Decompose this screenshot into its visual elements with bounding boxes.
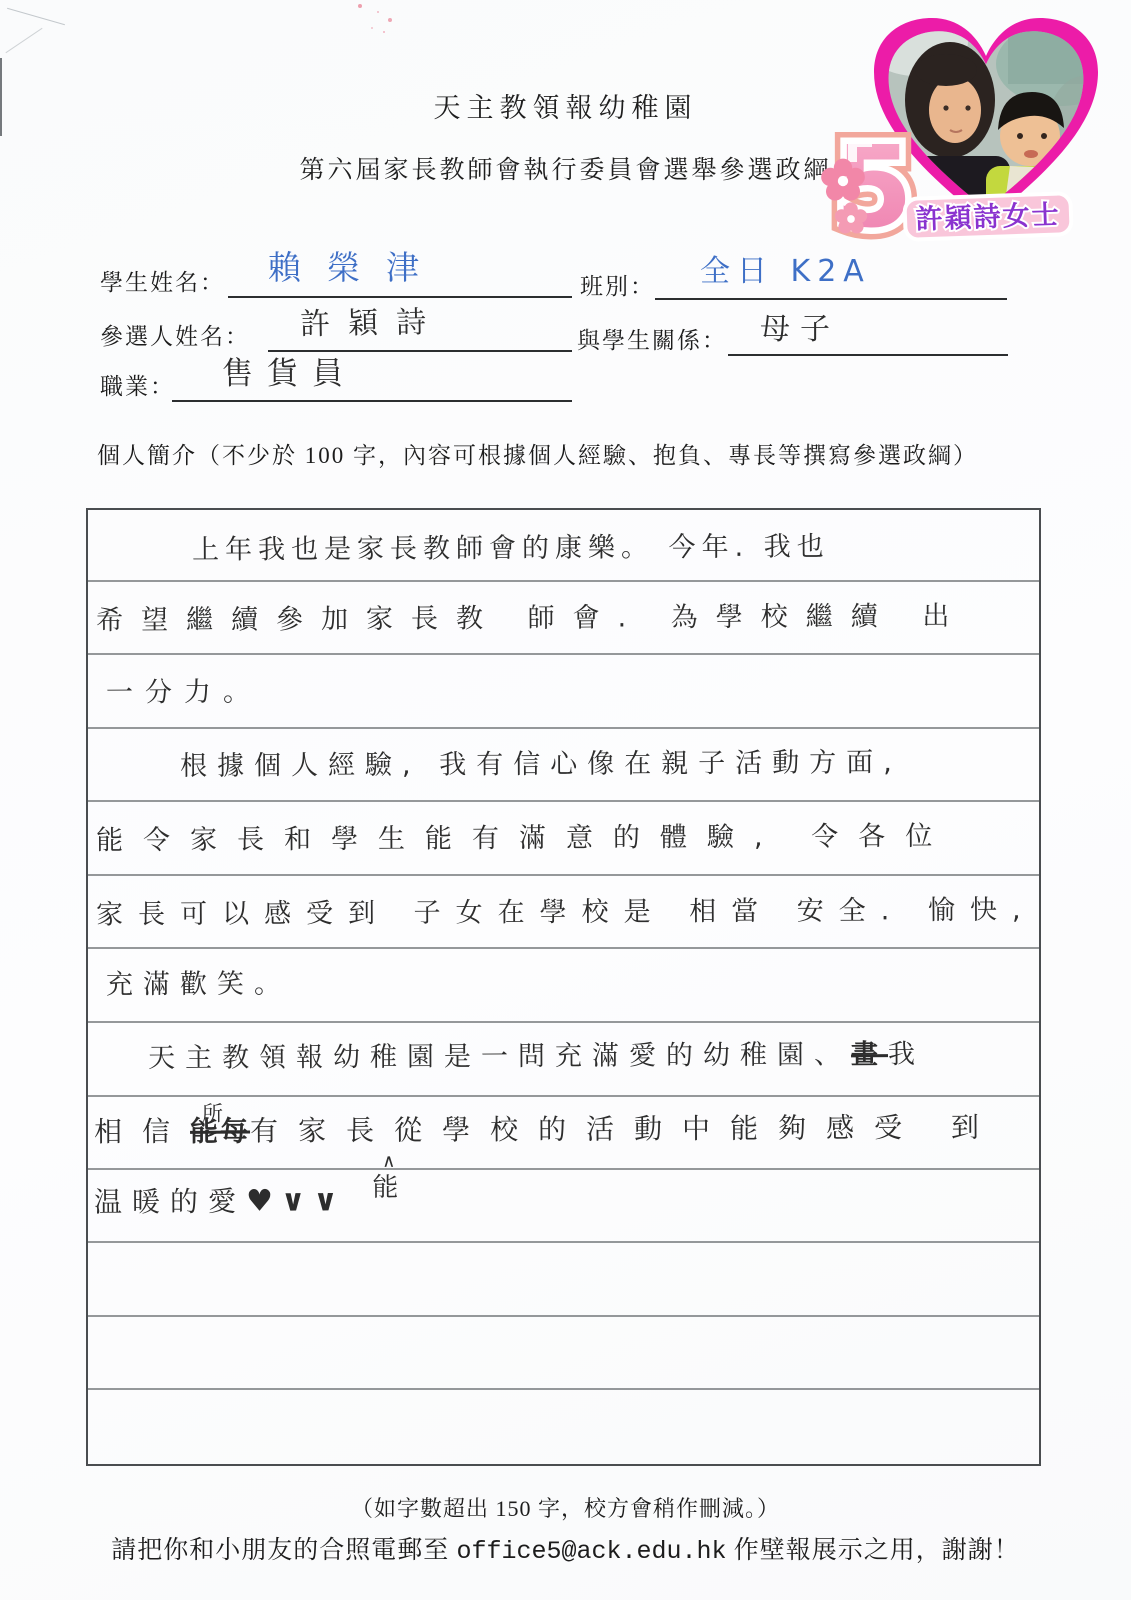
line8-text: 我 xyxy=(888,1039,925,1070)
occupation-value: 售貨員 xyxy=(222,348,357,393)
flower-icon xyxy=(834,202,868,236)
line9-text: 有家長 xyxy=(250,1114,394,1148)
handwriting-line-9: 相信能每有家長從學校的活動中能夠感受 到所∧能 xyxy=(94,1106,999,1151)
scanned-form-page: 天主教領報幼稚園 第六屆家長教師會執行委員會選舉參選政綱 xyxy=(0,0,1131,1600)
page-fold-artifact xyxy=(7,8,65,25)
relationship-value: 母子 xyxy=(760,304,840,348)
line8-text: 天主教領報幼稚園是一問充滿愛的幼稚園、 xyxy=(148,1039,851,1074)
ruled-line xyxy=(88,800,1039,802)
handwriting-line-2: 希望繼續參加家長教 師會. 為學校繼續 出 xyxy=(96,594,968,638)
word-limit-note: （如字數超出 150 字，校方會稍作刪減。） xyxy=(0,1492,1131,1523)
line9-inserted-char-above: 所 xyxy=(202,1098,223,1128)
writing-box: 上年我也是家長教師會的康樂。 今年. 我也 希望繼續參加家長教 師會. 為學校繼… xyxy=(86,508,1041,1466)
handwriting-line-3: 一分力。 xyxy=(106,670,262,710)
flower-icon xyxy=(820,158,866,204)
heart-check-marks: ♥∨∨ xyxy=(246,1183,346,1219)
ruled-line xyxy=(88,1241,1039,1243)
ruled-line xyxy=(88,1095,1039,1097)
intro-prompt: 個人簡介（不少於 100 字，內容可根據個人經驗、抱負、專長等撰寫參選政綱） xyxy=(97,437,978,470)
occupation-label: 職業： xyxy=(100,368,175,401)
occupation-underline xyxy=(172,400,572,402)
line10-text: 温暖的愛 xyxy=(94,1185,246,1219)
ruled-line xyxy=(88,1168,1039,1170)
svg-text:許穎詩女士: 許穎詩女士 xyxy=(915,199,1061,235)
red-speckle-artifact xyxy=(358,4,362,8)
class-underline xyxy=(655,298,1007,300)
ruled-line xyxy=(88,1315,1039,1317)
line9-text: 相信 xyxy=(94,1115,190,1149)
handwriting-line-10: 温暖的愛♥∨∨ xyxy=(94,1179,346,1220)
student-name-value: 賴榮津 xyxy=(268,242,445,289)
relationship-label: 與學生關係： xyxy=(577,322,727,355)
handwriting-line-6: 家長可以感受到 子女在學校是 相當 安全. 愉快, xyxy=(96,888,1036,932)
ruled-line xyxy=(88,653,1039,655)
ruled-line xyxy=(88,1021,1039,1023)
ruled-line xyxy=(88,580,1039,582)
contact-instruction: 請把你和小朋友的合照電郵至 office5@ack.edu.hk 作壁報展示之用… xyxy=(0,1530,1131,1566)
student-name-label: 學生姓名： xyxy=(100,264,225,297)
child-hand xyxy=(1080,130,1108,178)
contact-text: 作壁報展示之用，謝謝！ xyxy=(727,1537,1020,1564)
ruled-line xyxy=(88,874,1039,876)
class-value: 全日 K2A xyxy=(700,246,871,290)
candidate-photo-badge: 5 5 許穎詩女士 xyxy=(806,0,1131,250)
handwriting-line-1: 上年我也是家長教師會的康樂。 今年. 我也 xyxy=(192,524,830,566)
email-address: office5@ack.edu.hk xyxy=(456,1537,726,1566)
line9-text: 從學校的活動中能夠感受 到 xyxy=(394,1111,999,1147)
handwriting-line-7: 充滿歡笑。 xyxy=(106,962,291,1002)
handwriting-line-5: 能令家長和學生能有滿意的體驗, 令各位 xyxy=(96,814,952,857)
candidate-name-label: 參選人姓名： xyxy=(100,318,250,351)
class-label: 班別： xyxy=(580,268,655,301)
relationship-underline xyxy=(728,354,1008,356)
ruled-line xyxy=(88,1388,1039,1390)
mother-face xyxy=(929,77,981,143)
handwriting-line-8: 天主教領報幼稚園是一問充滿愛的幼稚園、畫我 xyxy=(148,1032,925,1075)
contact-text: 請把你和小朋友的合照電郵至 xyxy=(111,1537,456,1564)
ruled-line xyxy=(88,727,1039,729)
candidate-name-banner: 許穎詩女士 xyxy=(901,189,1075,243)
ruled-line xyxy=(88,947,1039,949)
page-fold-artifact xyxy=(5,28,42,53)
handwriting-line-4: 根據個人經驗, 我有信心像在親子活動方面, xyxy=(180,740,902,783)
line9-inserted-char-below: 能 xyxy=(372,1167,398,1204)
candidate-name-value: 許穎詩 xyxy=(300,297,445,344)
line8-scribbled-char: 畫 xyxy=(851,1039,888,1070)
